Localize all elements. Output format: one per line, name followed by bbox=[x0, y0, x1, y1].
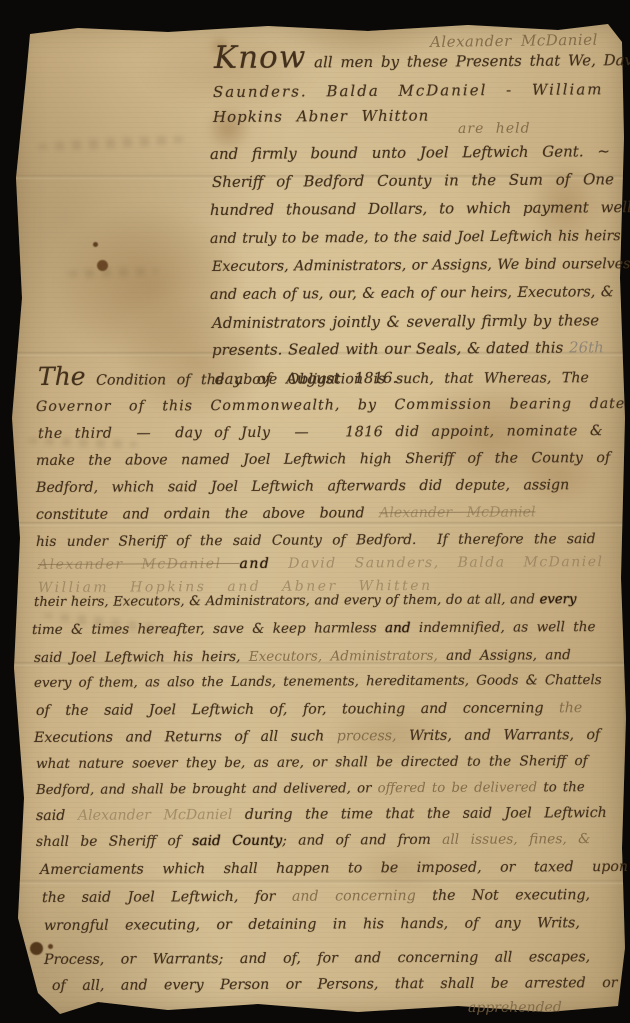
text-run: presents. Sealed with our Seals, & dated… bbox=[212, 339, 569, 359]
text-run: Executions and Returns of all such bbox=[34, 728, 337, 746]
manuscript-line: make the above named Joel Leftwich high … bbox=[36, 450, 610, 470]
text-run: their heirs, Executors, & Administrators… bbox=[34, 592, 540, 610]
manuscript-line: what nature soever they be, as are, or s… bbox=[36, 753, 588, 773]
text-run: are held bbox=[458, 120, 531, 137]
manuscript-line: presents. Sealed with our Seals, & dated… bbox=[212, 339, 604, 359]
manuscript-line: Bedford, which said Joel Leftwich afterw… bbox=[36, 477, 569, 497]
manuscript-line: of the said Joel Leftwich of, for, touch… bbox=[36, 700, 582, 720]
text-run: all issues, fines, & bbox=[442, 831, 590, 848]
text-run: Amerciaments which shall happen to be im… bbox=[40, 859, 628, 878]
text-run: of all, and every Person or Persons, tha… bbox=[52, 975, 618, 994]
manuscript-line: Process, or Warrants; and of, for and co… bbox=[44, 949, 590, 969]
text-run: Sheriff of Bedford County in the Sum of … bbox=[212, 170, 614, 191]
manuscript-text-layer: Alexander McDanielKnow all men by these … bbox=[0, 0, 630, 1023]
text-run: said County bbox=[192, 833, 282, 849]
text-run: David Saunders, Balda McDaniel bbox=[270, 554, 603, 572]
manuscript-line: the third — day of July — 1816 did appoi… bbox=[38, 423, 603, 443]
manuscript-line: and firmly bound unto Joel Leftwich Gent… bbox=[210, 143, 610, 163]
manuscript-line: Alexander McDaniel and David Saunders, B… bbox=[38, 554, 604, 574]
text-run: apprehended bbox=[468, 1000, 562, 1016]
text-run: make the above named Joel Leftwich high … bbox=[36, 450, 610, 469]
manuscript-line: every of them, as also the Lands, teneme… bbox=[34, 672, 602, 692]
manuscript-line: time & times hereafter, save & keep harm… bbox=[32, 619, 596, 639]
text-run: of the said Joel Leftwich of, for, touch… bbox=[36, 700, 559, 719]
text-run: the said Joel Leftwich, for bbox=[42, 889, 292, 906]
text-run: the Not executing, bbox=[416, 887, 590, 904]
text-run: process, bbox=[337, 728, 397, 744]
text-run: Process, or Warrants; and of, for and co… bbox=[44, 949, 590, 968]
text-run: Governor of this Commonwealth, by Commis… bbox=[36, 396, 625, 415]
manuscript-line: constitute and ordain the above bound Al… bbox=[36, 504, 536, 524]
manuscript-line: apprehended bbox=[468, 1000, 562, 1017]
manuscript-line: said Alexander McDaniel during the time … bbox=[36, 805, 607, 825]
text-run: The bbox=[38, 362, 86, 391]
text-run: and firmly bound unto Joel Leftwich Gent… bbox=[210, 142, 610, 163]
text-run: Hopkins Abner Whitton bbox=[213, 106, 429, 126]
manuscript-line: are held bbox=[458, 120, 531, 138]
manuscript-line: Hopkins Abner Whitton bbox=[213, 107, 429, 126]
text-run: and truly to be made, to the said Joel L… bbox=[210, 228, 621, 247]
manuscript-line: their heirs, Executors, & Administrators… bbox=[34, 591, 576, 611]
text-run: Know bbox=[214, 39, 307, 76]
text-run: Bedford, and shall be brought and delive… bbox=[36, 781, 378, 798]
text-run: the third — day of July — 1816 did appoi… bbox=[38, 423, 603, 442]
manuscript-line: Amerciaments which shall happen to be im… bbox=[40, 859, 628, 879]
text-run: Administrators jointly & severally firml… bbox=[212, 311, 599, 332]
text-run: Executors, Administrators, or Assigns, W… bbox=[212, 256, 630, 275]
text-run: his under Sheriff of the said County of … bbox=[36, 531, 596, 550]
text-run: wrongful executing, or detaining in his … bbox=[44, 915, 580, 934]
manuscript-line: of all, and every Person or Persons, tha… bbox=[52, 975, 618, 995]
text-run: shall be Sheriff of bbox=[36, 833, 192, 850]
text-run: said Joel Leftwich his heirs, bbox=[34, 649, 249, 666]
manuscript-line: Governor of this Commonwealth, by Commis… bbox=[36, 396, 625, 416]
text-run: Condition of the above Obligation is suc… bbox=[86, 370, 589, 389]
text-run: during the time that the said Joel Leftw… bbox=[232, 805, 607, 823]
text-run: time & times hereafter, save & keep harm… bbox=[32, 620, 385, 638]
text-run: to the bbox=[537, 780, 585, 795]
text-run: ; and of and from bbox=[282, 832, 442, 849]
manuscript-line: the said Joel Leftwich, for and concerni… bbox=[42, 887, 590, 907]
text-run: Writs, and Warrants, of bbox=[396, 727, 600, 744]
manuscript-line: Saunders. Balda McDaniel - William bbox=[213, 81, 604, 101]
text-run: and Assigns, and bbox=[438, 647, 571, 664]
manuscript-line: wrongful executing, or detaining in his … bbox=[44, 915, 580, 935]
manuscript-line: Executors, Administrators, or Assigns, W… bbox=[212, 256, 630, 276]
manuscript-line: shall be Sheriff of said County; and of … bbox=[36, 831, 591, 851]
text-run: Bedford, which said Joel Leftwich afterw… bbox=[36, 477, 569, 496]
manuscript-line: Bedford, and shall be brought and delive… bbox=[36, 779, 585, 799]
text-run: indemnified, as well the bbox=[410, 619, 595, 636]
manuscript-line: and truly to be made, to the said Joel L… bbox=[210, 228, 621, 248]
manuscript-line: Sheriff of Bedford County in the Sum of … bbox=[212, 171, 614, 191]
text-run: offered to be delivered bbox=[378, 780, 538, 796]
text-run: every of them, as also the Lands, teneme… bbox=[34, 673, 602, 691]
manuscript-line: his under Sheriff of the said County of … bbox=[36, 531, 596, 551]
text-run: Saunders. Balda McDaniel - William bbox=[213, 80, 604, 101]
text-run: Executors, Administrators, bbox=[249, 648, 438, 665]
text-run: all men by these Presents that We, David bbox=[306, 51, 630, 71]
text-run: hundred thousand Dollars, to which payme… bbox=[210, 198, 630, 219]
manuscript-line: hundred thousand Dollars, to which payme… bbox=[210, 199, 630, 219]
manuscript-line: Administrators jointly & severally firml… bbox=[212, 312, 599, 332]
manuscript-line: The Condition of the above Obligation is… bbox=[38, 365, 589, 390]
text-run: said bbox=[36, 808, 78, 824]
text-run: 26th bbox=[569, 338, 604, 356]
text-run: what nature soever they be, as are, or s… bbox=[36, 753, 588, 772]
manuscript-line: said Joel Leftwich his heirs, Executors,… bbox=[34, 647, 571, 667]
text-run: Alexander McDaniel bbox=[38, 556, 240, 573]
text-run: every bbox=[540, 592, 577, 607]
text-run: constitute and ordain the above bound bbox=[36, 505, 379, 523]
text-run: and concerning bbox=[292, 888, 416, 905]
text-run: and bbox=[385, 620, 411, 636]
text-run: and bbox=[239, 556, 270, 572]
manuscript-line: and each of us, our, & each of our heirs… bbox=[210, 284, 614, 304]
photo-background: Alexander McDanielKnow all men by these … bbox=[0, 0, 630, 1023]
manuscript-line: Know all men by these Presents that We, … bbox=[214, 47, 630, 72]
manuscript-line: Executions and Returns of all such proce… bbox=[34, 727, 600, 747]
text-run: and each of us, our, & each of our heirs… bbox=[210, 284, 614, 303]
text-run: Alexander McDaniel bbox=[78, 807, 233, 824]
text-run: the bbox=[559, 700, 582, 716]
text-run: Alexander McDaniel bbox=[379, 504, 536, 521]
